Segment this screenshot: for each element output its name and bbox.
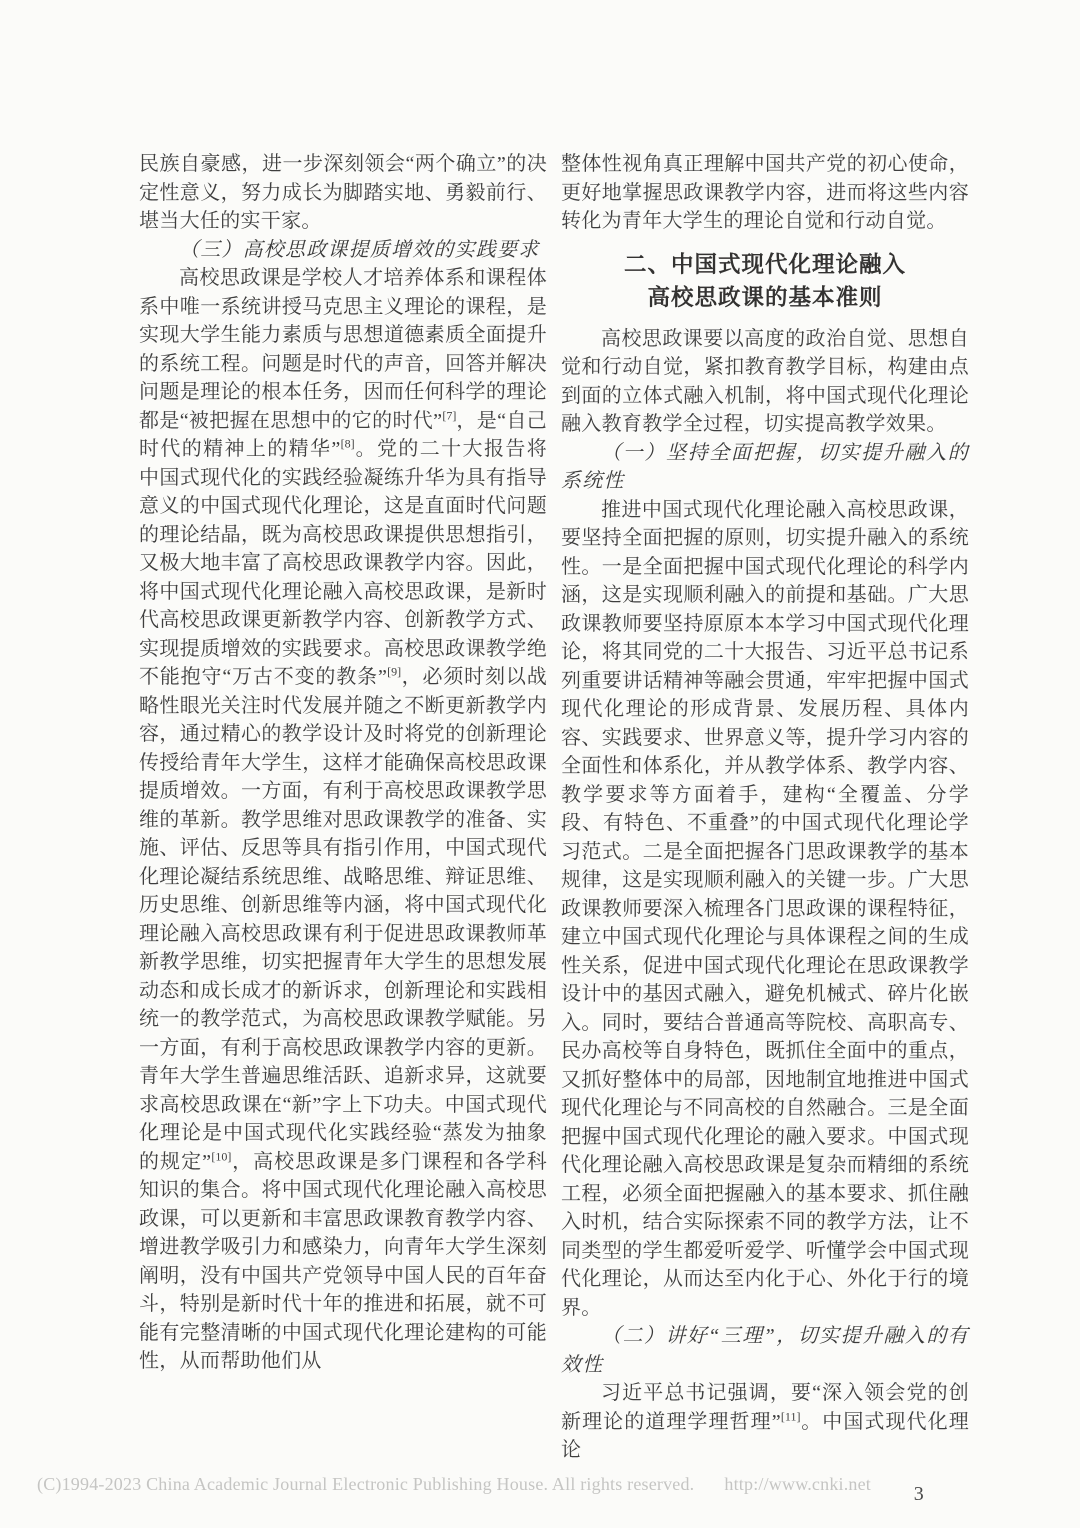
- footer-url: http://www.cnki.net: [724, 1472, 871, 1496]
- subsection-heading: （一）坚持全面把握，切实提升融入的系统性: [561, 439, 969, 496]
- footer-copyright: (C)1994-2023 China Academic Journal Elec…: [37, 1472, 694, 1496]
- footnote-ref: [7]: [442, 408, 456, 422]
- left-column-blocks: 民族自豪感，进一步深刻领会“两个确立”的决定性意义，努力成长为脚踏实地、勇毅前行…: [139, 150, 547, 1376]
- paragraph: 推进中国式现代化理论融入高校思政课，要坚持全面把握的原则，切实提升融入的系统性。…: [561, 496, 969, 1323]
- section-heading-line: 高校思政课的基本准则: [561, 282, 969, 315]
- subsection-heading: （三）高校思政课提质增效的实践要求: [139, 236, 547, 265]
- right-column-blocks: 整体性视角真正理解中国共产党的初心使命，更好地掌握思政课教学内容，进而将这些内容…: [561, 150, 969, 1465]
- section-heading-line: 二、中国式现代化理论融入: [561, 249, 969, 282]
- footer: (C)1994-2023 China Academic Journal Elec…: [37, 1472, 1047, 1496]
- paragraph: 民族自豪感，进一步深刻领会“两个确立”的决定性意义，努力成长为脚踏实地、勇毅前行…: [139, 150, 547, 236]
- footnote-ref: [11]: [781, 1409, 801, 1423]
- right-column: 整体性视角真正理解中国共产党的初心使命，更好地掌握思政课教学内容，进而将这些内容…: [561, 150, 969, 1508]
- footnote-ref: [10]: [211, 1149, 231, 1163]
- footnote-ref: [9]: [387, 664, 401, 678]
- footnote-ref: [8]: [341, 436, 355, 450]
- section-heading: 二、中国式现代化理论融入高校思政课的基本准则: [561, 249, 969, 315]
- paragraph: 整体性视角真正理解中国共产党的初心使命，更好地掌握思政课教学内容，进而将这些内容…: [561, 150, 969, 236]
- left-column: 民族自豪感，进一步深刻领会“两个确立”的决定性意义，努力成长为脚踏实地、勇毅前行…: [139, 150, 547, 1376]
- paragraph: 习近平总书记强调，要“深入领会党的创新理论的道理学理哲理”[11]。中国式现代化…: [561, 1379, 969, 1465]
- paragraph: 高校思政课要以高度的政治自觉、思想自觉和行动自觉，紧扣教育教学目标，构建由点到面…: [561, 325, 969, 439]
- subsection-heading: （二）讲好“三理”，切实提升融入的有效性: [561, 1322, 969, 1379]
- journal-page: 民族自豪感，进一步深刻领会“两个确立”的决定性意义，努力成长为脚踏实地、勇毅前行…: [0, 0, 1080, 1528]
- paragraph: 高校思政课是学校人才培养体系和课程体系中唯一系统讲授马克思主义理论的课程，是实现…: [139, 264, 547, 1376]
